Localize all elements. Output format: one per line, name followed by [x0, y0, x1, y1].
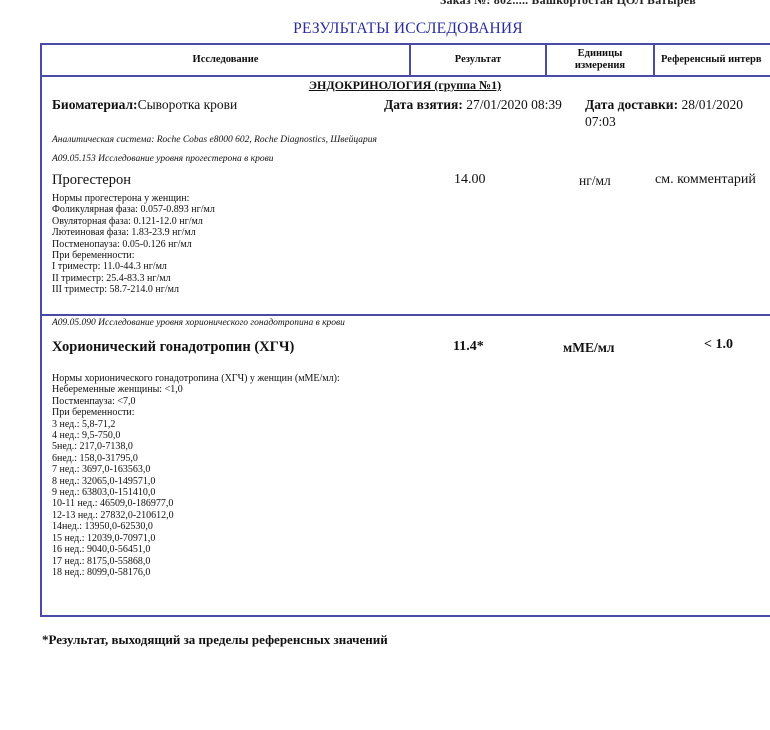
norm-line: 12-13 нед.: 27832,0-210612,0: [52, 510, 340, 521]
page-title: РЕЗУЛЬТАТЫ ИССЛЕДОВАНИЯ: [0, 20, 770, 38]
test-name-progesterone: Прогестерон: [52, 172, 131, 189]
norm-line: 6нед.: 158,0-31795,0: [52, 453, 340, 464]
norms-progesterone: Нормы прогестерона у женщин:Фоликулярная…: [52, 193, 215, 296]
biomaterial-label: Биоматериал:: [52, 97, 138, 112]
delivery-time: 07:03: [585, 114, 616, 130]
collection-date: Дата взятия: 27/01/2020 08:39: [384, 97, 562, 113]
norm-line: 5нед.: 217,0-7138,0: [52, 441, 340, 452]
section-title: ЭНДОКРИНОЛОГИЯ (группа №1): [40, 78, 770, 93]
header-reference: Референсный интерв: [655, 45, 770, 75]
norm-line: 18 нед.: 8099,0-58176,0: [52, 567, 340, 578]
norm-line: При беременности:: [52, 250, 215, 261]
order-header-line: Заказ №: 802..... Башкортостан ЦОЛ Батыр…: [440, 0, 696, 8]
norm-line: I триместр: 11.0-44.3 нг/мл: [52, 261, 215, 272]
test-units-progesterone: нг/мл: [579, 173, 611, 189]
norm-line: 10-11 нед.: 46509,0-186977,0: [52, 498, 340, 509]
header-units-line2: измерения: [575, 60, 625, 72]
norm-line: Нормы прогестерона у женщин:: [52, 193, 215, 204]
test-reference-progesterone: см. комментарий: [655, 172, 756, 188]
norm-line: При беременности:: [52, 407, 340, 418]
test-code-hcg: A09.05.090 Исследование уровня хориониче…: [52, 318, 345, 328]
biomaterial-value: Сыворотка крови: [138, 97, 238, 112]
test-units-hcg: мМЕ/мл: [563, 340, 614, 356]
header-divider: [40, 75, 770, 77]
norm-line: 3 нед.: 5,8-71,2: [52, 419, 340, 430]
norm-line: 17 нед.: 8175,0-55868,0: [52, 556, 340, 567]
norm-line: II триместр: 25.4-83.3 нг/мл: [52, 273, 215, 284]
delivery-date-value: 28/01/2020: [681, 97, 743, 112]
collection-value: 27/01/2020 08:39: [466, 97, 562, 112]
norm-line: 4 нед.: 9,5-750,0: [52, 430, 340, 441]
norm-line: 9 нед.: 63803,0-151410,0: [52, 487, 340, 498]
norm-line: Нормы хорионического гонадотропина (ХГЧ)…: [52, 373, 340, 384]
biomaterial: Биоматериал:Сыворотка крови: [52, 97, 237, 113]
test-result-progesterone: 14.00: [454, 172, 486, 188]
analyzer-info: Аналитическая система: Roche Cobas e8000…: [52, 135, 377, 145]
norms-hcg: Нормы хорионического гонадотропина (ХГЧ)…: [52, 373, 340, 578]
norm-line: III триместр: 58.7-214.0 нг/мл: [52, 284, 215, 295]
norm-line: 8 нед.: 32065,0-149571,0: [52, 476, 340, 487]
header-units-line1: Единицы: [578, 48, 623, 60]
header-study: Исследование: [42, 45, 409, 75]
test-result-hcg: 11.4*: [453, 339, 484, 355]
norm-line: Овуляторная фаза: 0.121-12.0 нг/мл: [52, 216, 215, 227]
header-result: Результат: [411, 45, 545, 75]
norm-line: Фоликулярная фаза: 0.057-0.893 нг/мл: [52, 204, 215, 215]
norm-line: 7 нед.: 3697,0-163563,0: [52, 464, 340, 475]
norm-line: 15 нед.: 12039,0-70971,0: [52, 533, 340, 544]
norm-line: 14нед.: 13950,0-62530,0: [52, 521, 340, 532]
test-code-progesterone: A09.05.153 Исследование уровня прогестер…: [52, 154, 273, 164]
header-units: Единицы измерения: [547, 45, 653, 75]
footnote: *Результат, выходящий за пределы референ…: [42, 632, 388, 648]
norm-line: 16 нед.: 9040,0-56451,0: [52, 544, 340, 555]
norm-line: Небеременные женщины: <1,0: [52, 384, 340, 395]
norm-line: Постменопауза: 0.05-0.126 нг/мл: [52, 239, 215, 250]
delivery-label: Дата доставки:: [585, 97, 678, 112]
collection-label: Дата взятия:: [384, 97, 463, 112]
norm-line: Лютеиновая фаза: 1.83-23.9 нг/мл: [52, 227, 215, 238]
delivery-date: Дата доставки: 28/01/2020: [585, 97, 743, 113]
test-name-hcg: Хорионический гонадотропин (ХГЧ): [52, 339, 294, 356]
norm-line: Постменпауза: <7,0: [52, 396, 340, 407]
test-divider: [40, 314, 770, 316]
test-reference-hcg: < 1.0: [704, 337, 733, 353]
